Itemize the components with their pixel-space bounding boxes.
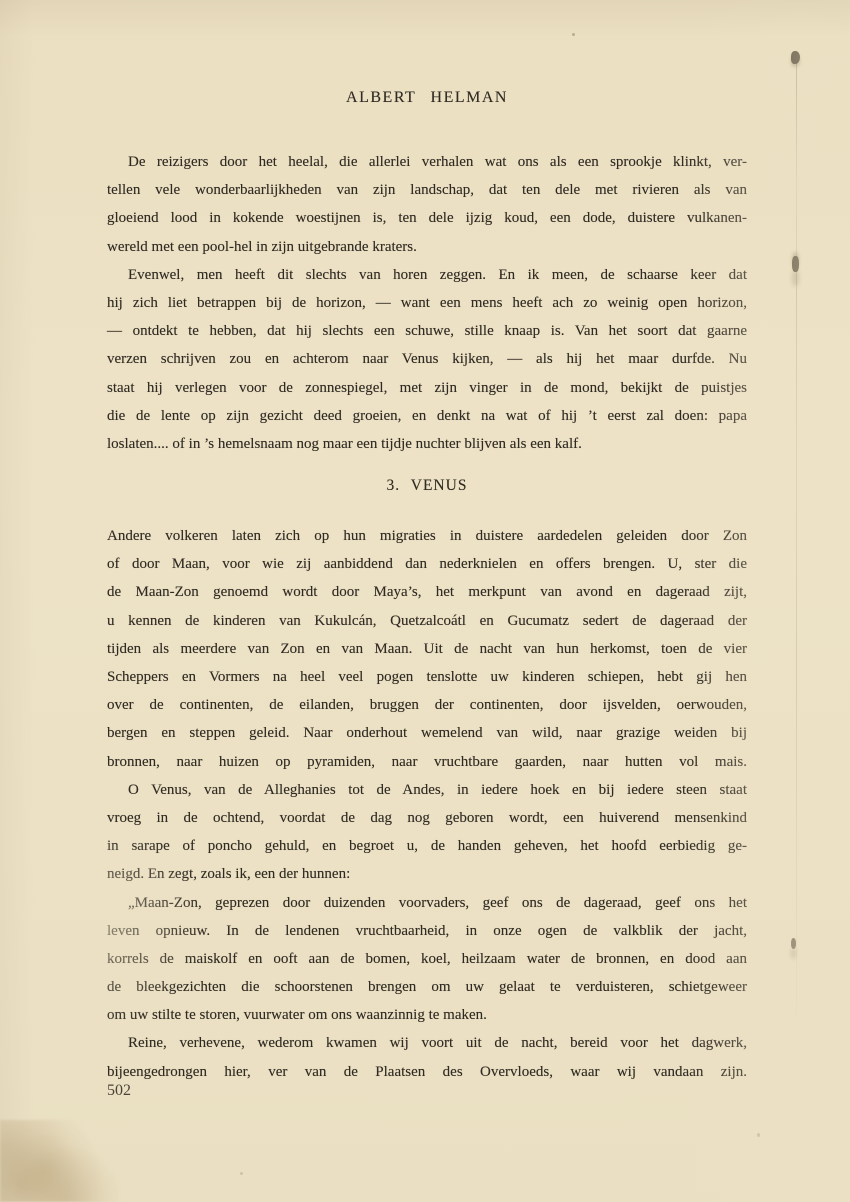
text-line: wereld met een pool-hel in zijn uitgebra… (107, 233, 747, 261)
text-line: de bleekgezichten die schoorstenen breng… (107, 973, 747, 1001)
text-line: de Maan-Zon genoemd wordt door Maya’s, h… (107, 578, 747, 606)
scan-mark-artifact (792, 256, 799, 272)
text-line: bijeengedrongen hier, ver van de Plaatse… (107, 1058, 747, 1086)
text-line: loslaten.... of in ’s hemelsnaam nog maa… (107, 430, 747, 458)
text-line: gloeiend lood in kokende woestijnen is, … (107, 204, 747, 232)
text-line: De reizigers door het heelal, die allerl… (107, 148, 747, 176)
text-line: leven opnieuw. In de lendenen vruchtbaar… (107, 917, 747, 945)
author-header: ALBERT HELMAN (107, 88, 747, 108)
text-line: Reine, verhevene, wederom kwamen wij voo… (107, 1029, 747, 1057)
text-block: ALBERT HELMAN De reizigers door het heel… (107, 0, 747, 1086)
text-line: bergen en steppen geleid. Naar onderhout… (107, 719, 747, 747)
paragraph: Evenwel, men heeft dit slechts van horen… (107, 261, 747, 458)
text-line: over de continenten, de eilanden, brugge… (107, 691, 747, 719)
text-line: Scheppers en Vormers na heel veel pogen … (107, 663, 747, 691)
paragraph: Andere volkeren laten zich op hun migrat… (107, 522, 747, 776)
text-block-content: De reizigers door het heelal, die allerl… (107, 148, 747, 1086)
text-line: of door Maan, voor wie zij aanbiddend da… (107, 550, 747, 578)
text-line: „Maan-Zon, geprezen door duizenden voorv… (107, 889, 747, 917)
text-line: Andere volkeren laten zich op hun migrat… (107, 522, 747, 550)
paper-speck (572, 33, 575, 36)
text-line: bronnen, naar huizen op pyramiden, naar … (107, 748, 747, 776)
text-line: korrels de maiskolf en ooft aan de bomen… (107, 945, 747, 973)
scan-edge-line-artifact (796, 62, 797, 1062)
text-line: neigd. En zegt, zoals ik, een der hunnen… (107, 860, 747, 888)
text-line: om uw stilte te storen, vuurwater om ons… (107, 1001, 747, 1029)
text-line: tijden als meerdere van Zon en van Maan.… (107, 635, 747, 663)
book-page: ALBERT HELMAN De reizigers door het heel… (0, 0, 850, 1202)
paragraph: „Maan-Zon, geprezen door duizenden voorv… (107, 889, 747, 1030)
scan-mark-artifact (791, 51, 800, 64)
text-line: hij zich liet betrappen bij de horizon, … (107, 289, 747, 317)
page-number: 502 (107, 1082, 131, 1100)
text-line: vroeg in de ochtend, voordat de dag nog … (107, 804, 747, 832)
text-line: Evenwel, men heeft dit slechts van horen… (107, 261, 747, 289)
section-heading: 3. VENUS (107, 476, 747, 496)
text-line: in sarape of poncho gehuld, en begroet u… (107, 832, 747, 860)
text-line: verzen schrijven zou en achterom naar Ve… (107, 345, 747, 373)
paper-speck (240, 1172, 243, 1175)
text-line: die de lente op zijn gezicht deed groeie… (107, 402, 747, 430)
text-line: tellen vele wonderbaarlijkheden van zijn… (107, 176, 747, 204)
paragraph: De reizigers door het heelal, die allerl… (107, 148, 747, 261)
paragraph: O Venus, van de Alleghanies tot de Andes… (107, 776, 747, 889)
paragraph: Reine, verhevene, wederom kwamen wij voo… (107, 1029, 747, 1085)
text-line: staat hij verlegen voor de zonnespiegel,… (107, 374, 747, 402)
foxing-stain (0, 1120, 160, 1202)
paper-speck (757, 1133, 760, 1137)
text-line: — ontdekt te hebben, dat hij slechts een… (107, 317, 747, 345)
text-line: O Venus, van de Alleghanies tot de Andes… (107, 776, 747, 804)
text-line: u kennen de kinderen van Kukulcán, Quetz… (107, 607, 747, 635)
scan-mark-artifact (791, 938, 796, 949)
